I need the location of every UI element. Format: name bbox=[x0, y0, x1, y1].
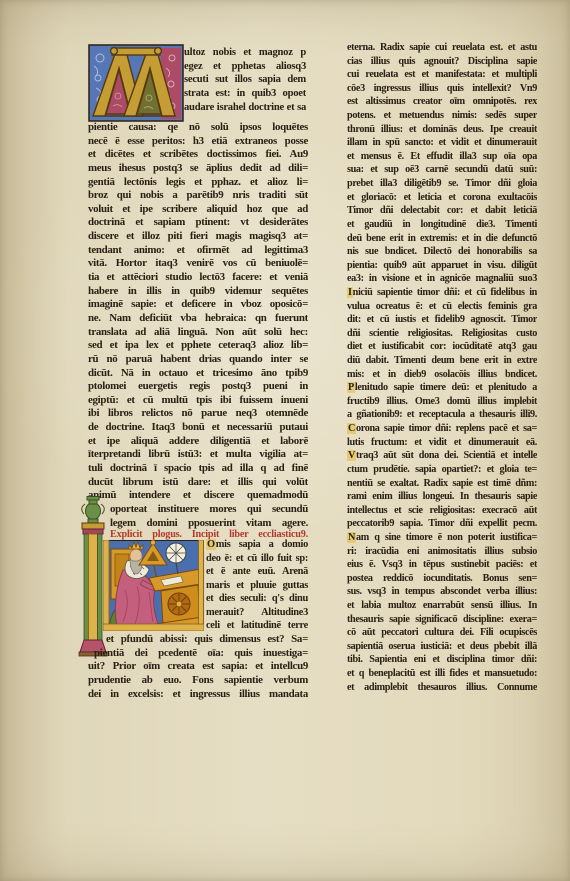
text-line: mis: et in dieb9 osolacōis illius bndice… bbox=[347, 368, 537, 382]
text-line: prebet illa3 diligētib9 se. Timor dñi gl… bbox=[347, 177, 537, 191]
text-line: tia et attēciori studio lectō3 facere: e… bbox=[88, 271, 308, 285]
text-line: et ē ante euū. Arenā bbox=[206, 565, 308, 579]
text-line: cō aūt peccatori cultura dei. Fili ocupi… bbox=[347, 626, 537, 640]
text-line: Omis sapia a domio bbox=[206, 538, 308, 552]
left-column-opening: ultoz nobis et magnoz pegez et pphetas a… bbox=[184, 46, 306, 116]
text-line: eius ē. Vsq3 in tēpus sustinebit paciēs:… bbox=[347, 558, 537, 572]
text-line: broz qui nobis a parētib9 nris traditi s… bbox=[88, 189, 308, 203]
text-line: oporteat instituere mores qui secundū bbox=[88, 503, 308, 517]
text-line: cui reuelata est et manifestata: et mult… bbox=[347, 68, 537, 82]
text-line: peccatorib9 sapia. Timor dñi expellit pe… bbox=[347, 517, 537, 531]
text-line: animū intendere et discere quemadmodū bbox=[88, 489, 308, 503]
text-line: secuti sut illos sapia dem bbox=[184, 73, 306, 87]
text-line: ducūt librum istū dare: et illis qui vol… bbox=[88, 476, 308, 490]
text-line: rū nō paruā habent drias quando inter se bbox=[88, 353, 308, 367]
text-line: pientia: quib9 aūt apparuet in visu. dil… bbox=[347, 259, 537, 273]
text-line: discere et illoz piti fieri magis magisq… bbox=[88, 230, 308, 244]
text-line: ctum prudētie. sapia opartiet?: et gloia… bbox=[347, 463, 537, 477]
text-line: īterpretandi librū istū3: et multa vigil… bbox=[88, 448, 308, 462]
text-line: fructib9 illius. Ome3 domū illius impleb… bbox=[347, 395, 537, 409]
text-line: doctrinā et sapiam ptinent: vt desiderāt… bbox=[88, 216, 308, 230]
text-line: deū bene erit in extremis: et in die def… bbox=[347, 232, 537, 246]
text-line: Nam q sine timore ē non poterit iustific… bbox=[347, 531, 537, 545]
text-line: intellectus et scie religiositas: execra… bbox=[347, 504, 537, 518]
text-line: et gaudiū in longitudinē die3. Timenti bbox=[347, 218, 537, 232]
text-line: merauit? Altitudine3 bbox=[206, 606, 308, 620]
text-line: Corona sapie timor dñi: replens pacē et … bbox=[347, 422, 537, 436]
text-line: nis sue bndicet. Dilectō dei honorabilis… bbox=[347, 245, 537, 259]
text-line: celi et latitudinē terre bbox=[206, 619, 308, 633]
text-line: thesauris sapie significacō discipline: … bbox=[347, 613, 537, 627]
text-line: et ipe aliquā addere diligentiā et labor… bbox=[88, 435, 308, 449]
text-line: Timor dñi delectabit cor: et dabit letic… bbox=[347, 204, 537, 218]
text-line: pientie causa: qe nō solū ipsos loquētes bbox=[88, 121, 308, 135]
text-line: illam in spū sancto: et vidit et dinumer… bbox=[347, 136, 537, 150]
text-line: Iniciū sapientie timor dñi: et cū fideli… bbox=[347, 286, 537, 300]
text-line: ea3: in visione et in agnicōe magnaliū s… bbox=[347, 272, 537, 286]
text-line: dñi scientie religiositas. Religiositas … bbox=[347, 327, 537, 341]
text-line: vitā. Hortor itaq3 venirē vos cū beniuol… bbox=[88, 257, 308, 271]
text-line: sed et ipa lex et pphete ceteraq3 alioz … bbox=[88, 339, 308, 353]
text-line: necē ē esse peritos: h3 etiā extraneos p… bbox=[88, 135, 308, 149]
urn-finial-icon bbox=[82, 497, 105, 524]
column-shaft-icon bbox=[84, 534, 102, 640]
text-line: postea reddicō iocunditatis. Bonus sen= bbox=[347, 572, 537, 586]
text-line: eterna. Radix sapie cui reuelata est. et… bbox=[347, 41, 537, 55]
text-line: voluit et ipe scribere aliquid hoz que a… bbox=[88, 203, 308, 217]
text-line: ibi libros relictos nō parue neq3 otemnē… bbox=[88, 407, 308, 421]
text-line: audare israhel doctrine et sa bbox=[184, 101, 306, 115]
miniature-frame-bottom bbox=[103, 624, 204, 631]
text-line: strata est: in quib3 opoet bbox=[184, 87, 306, 101]
text-line: et adimplebit thesauros illius. Connume bbox=[347, 681, 537, 695]
miniature-frame-left bbox=[103, 540, 109, 631]
text-line: habere in illis in quib9 videmur sequēte… bbox=[88, 285, 308, 299]
text-line: imaginē sapie: et deficere in vboz oposi… bbox=[88, 298, 308, 312]
text-line: et mensus ē. Et effudit illa3 sup oīa op… bbox=[347, 150, 537, 164]
text-line: ultoz nobis et magnoz p bbox=[184, 46, 306, 60]
text-line: tibi. Sapientia eni et disciplina timor … bbox=[347, 653, 537, 667]
text-line: et dicētes et scribētes doctissimos fiei… bbox=[88, 148, 308, 162]
text-line: et dies seculi: q's dinu bbox=[206, 592, 308, 606]
text-line: rami enim illius longeui. In thesauris s… bbox=[347, 490, 537, 504]
text-line: est altissimus creator oīm omnipotēs. re… bbox=[347, 95, 537, 109]
text-line: pientiā dei pcedentē oīa: quis inuestiga… bbox=[88, 647, 308, 661]
text-line: a gñationib9: et receptacula a thesauris… bbox=[347, 408, 537, 422]
text-line: et pfundū abissi: quis dimensus est? Sa= bbox=[88, 633, 308, 647]
left-column-bottom: et pfundū abissi: quis dimensus est? Sa=… bbox=[88, 633, 308, 703]
text-line: egez et pphetas aliosq3 bbox=[184, 60, 306, 74]
manuscript-page: { "page_kind": "incunable bible leaf", "… bbox=[0, 0, 570, 881]
text-line: cōe3 ingressus illius quis intellexit? V… bbox=[347, 82, 537, 96]
text-line: de doctrine. Itaq3 bonū et necessariū pu… bbox=[88, 421, 308, 435]
text-line: prudentie ab euo. Fons sapientie verbum bbox=[88, 674, 308, 688]
scribe-miniature bbox=[103, 540, 204, 631]
text-line: et gloriacō: et leticia et corona exulta… bbox=[347, 191, 537, 205]
text-line: meus ihesus postq3 se āplius dedit ad di… bbox=[88, 162, 308, 176]
text-line: tuli doctrinā ī spacio tpis ad illa q ad… bbox=[88, 462, 308, 476]
text-line: ne. Nam deficiūt vba hebraica: qn fuerun… bbox=[88, 312, 308, 326]
text-line: ptolomei euergetis regis postq3 pueni in bbox=[88, 380, 308, 394]
text-line: potens. et metuendus nimis: sedēs super bbox=[347, 109, 537, 123]
text-line: lutis fructum: et vidit et dinumerauit e… bbox=[347, 436, 537, 450]
left-column-body: pientie causa: qe nō solū ipsos loquētes… bbox=[88, 121, 308, 532]
text-line: tendant animo: et ofirmēt ad legittima3 bbox=[88, 244, 308, 258]
text-line: et labia multoz enarrabūt sensū illius. … bbox=[347, 599, 537, 613]
text-line: sapientiā oserua iusticiā: et deus pbebi… bbox=[347, 640, 537, 654]
left-column-beside-miniature: Omis sapia a domiodeo ē: et cū illo fuit… bbox=[206, 538, 308, 633]
text-line: cias illius quis agnouit? Disciplina sap… bbox=[347, 55, 537, 69]
text-line: sua: et sup oē3 carnē secundū datū suū: bbox=[347, 163, 537, 177]
text-line: diū dabit. Timenti deum bene erit in ext… bbox=[347, 354, 537, 368]
text-line: dei in excelsis: et ingressus illius man… bbox=[88, 688, 308, 702]
illuminated-initial-M bbox=[88, 44, 184, 122]
text-line: maris et pluuie guttas bbox=[206, 579, 308, 593]
text-line: translata ad aliā linguā. Non aūt solū h… bbox=[88, 326, 308, 340]
text-line: et q beneplacitū est illi fides et mansu… bbox=[347, 667, 537, 681]
text-line: diet et iustificabit cor: iocūditatē atq… bbox=[347, 340, 537, 354]
right-column: eterna. Radix sapie cui reuelata est. et… bbox=[347, 41, 537, 697]
text-line: vulua ocreatus ē: et cū electis feminis … bbox=[347, 300, 537, 314]
text-line: dit: et cū iustis et fidelib9 agnoscit. … bbox=[347, 313, 537, 327]
text-line: thronū illius: et dominās deus. Ipe crea… bbox=[347, 123, 537, 137]
text-line: Vtraq3 aūt sūt dona dei. Scientiā et int… bbox=[347, 449, 537, 463]
capital-icon bbox=[82, 523, 104, 534]
text-line: uit? Prior oīm creata est sapia: et inte… bbox=[88, 660, 308, 674]
miniature-frame-right bbox=[199, 540, 204, 624]
text-line: nentiū se exaltat. Radix sapie est timē … bbox=[347, 477, 537, 491]
text-line: Plenitudo sapie timere deū: et plenitudo… bbox=[347, 381, 537, 395]
text-line: ri: iracūdia eni animositatis illius sub… bbox=[347, 545, 537, 559]
text-line: dicūt. Nā in octauo et tricesimo āno tpi… bbox=[88, 367, 308, 381]
text-line: deo ē: et cū illo fuit sp: bbox=[206, 552, 308, 566]
text-line: gentiā lectōnis legis et pphaz. et alioz… bbox=[88, 176, 308, 190]
text-line: egiptū: et cū multū tpis ibi fuissem inu… bbox=[88, 394, 308, 408]
text-line: sus. vsq3 in tempus abscondet verba illi… bbox=[347, 585, 537, 599]
